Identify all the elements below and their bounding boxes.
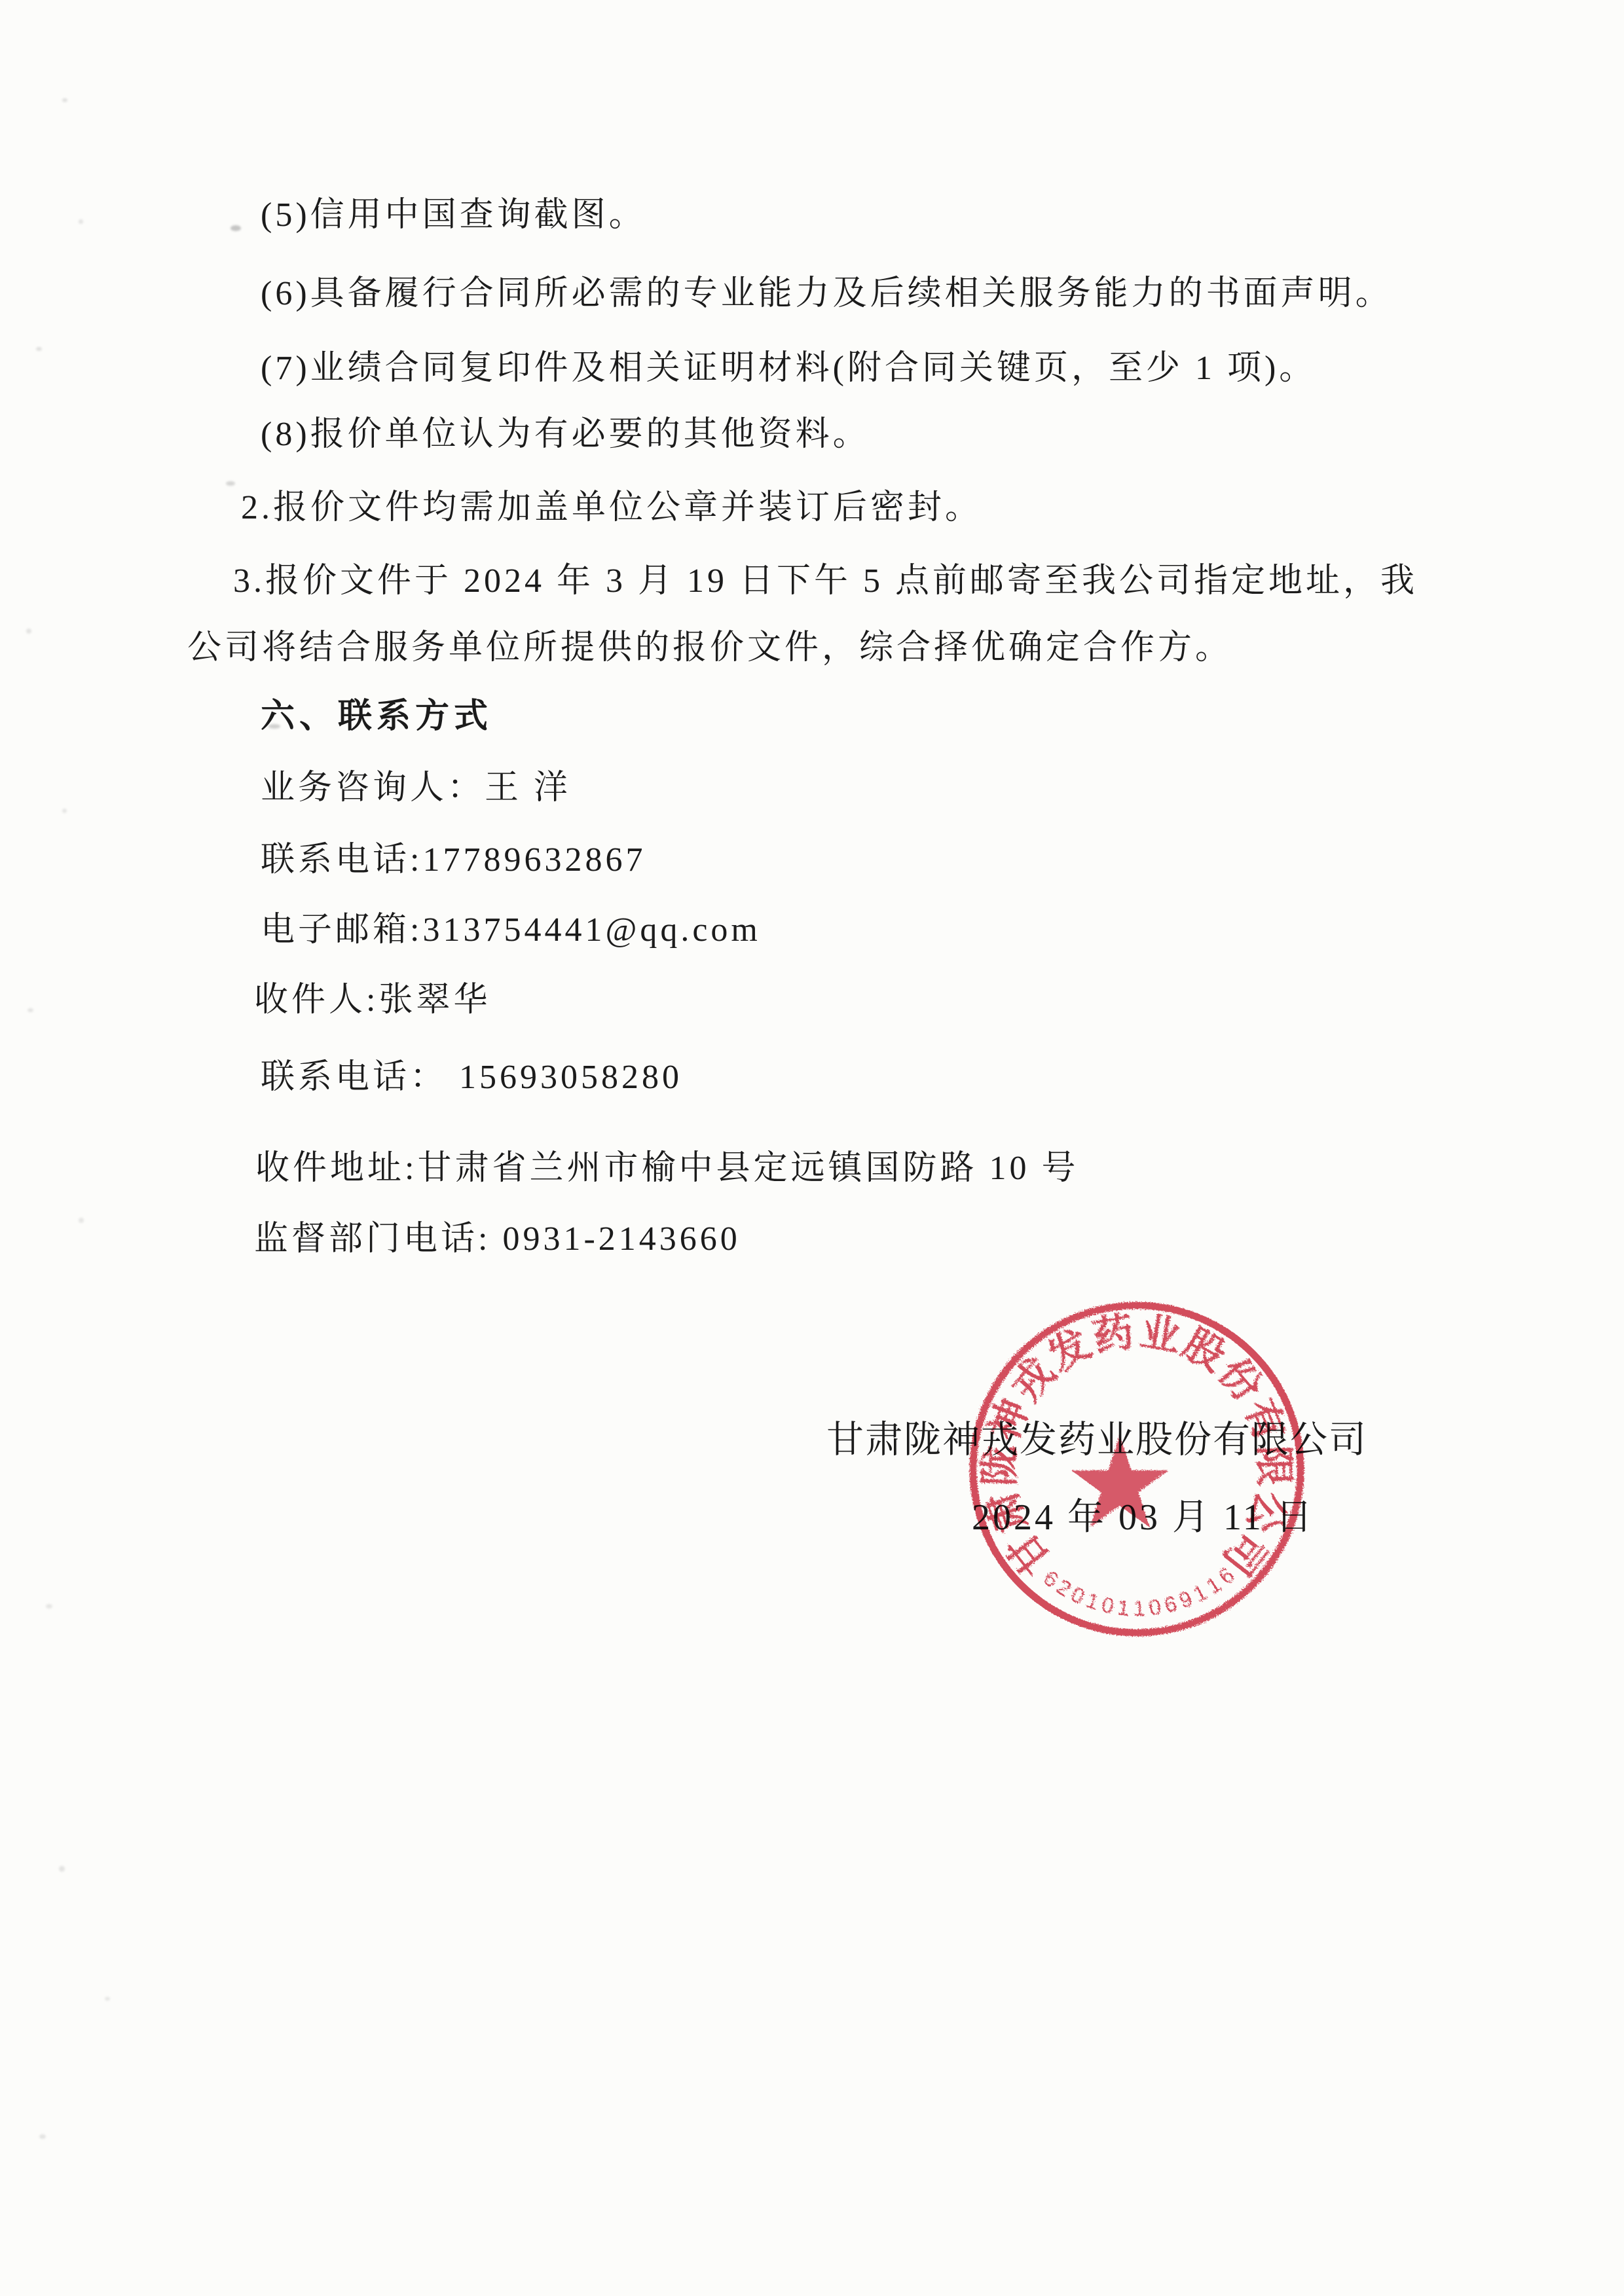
seal-code-digit: 6	[1162, 1591, 1179, 1617]
seal-ring-char: 限	[1250, 1445, 1295, 1487]
list-item-7: (7)业绩合同复印件及相关证明材料(附合同关键页，至少 1 项)。	[261, 340, 1316, 389]
scan-noise-speck	[79, 1218, 84, 1223]
seal-code-digit: 0	[1147, 1594, 1162, 1620]
contact-email: 电子邮箱:313754441@qq.com	[261, 902, 761, 951]
contact-recipient: 收件人:张翠华	[254, 972, 490, 1021]
scan-noise-speck	[226, 481, 235, 486]
scan-noise-speck	[62, 809, 67, 813]
contact-supervision-phone: 监督部门电话: 0931-2143660	[254, 1211, 741, 1260]
scan-noise-speck	[79, 219, 83, 224]
seal-star-icon	[1071, 1435, 1168, 1527]
scan-noise-speck	[59, 1866, 65, 1872]
seal-ring-char: 业	[1136, 1309, 1184, 1360]
scanned-page: (5)信用中国查询截图。 (6)具备履行合同所必需的专业能力及后续相关服务能力的…	[0, 0, 1624, 2296]
scan-noise-speck	[231, 225, 241, 231]
contact-phone-2: 联系电话： 15693058280	[261, 1049, 682, 1098]
list-item-3-line1: 3.报价文件于 2024 年 3 月 19 日下午 5 点前邮寄至我公司指定地址…	[233, 553, 1418, 602]
seal-code-digit: 1	[1133, 1596, 1145, 1620]
list-item-6: (6)具备履行合同所必需的专业能力及后续相关服务能力的书面声明。	[261, 265, 1393, 314]
list-item-3-line2: 公司将结合服务单位所提供的报价文件，综合择优确定合作方。	[187, 619, 1232, 668]
scan-noise-speck	[46, 1604, 52, 1609]
scan-noise-speck	[28, 1008, 33, 1012]
scan-noise-speck	[268, 724, 280, 729]
scan-noise-speck	[62, 98, 67, 102]
company-seal-stamp: 甘肃陇神戎发药业股份有限公司6201011069116	[953, 1286, 1320, 1652]
section-heading-contact: 六、联系方式	[261, 688, 492, 737]
scan-noise-speck	[105, 1997, 110, 2001]
seal-code-digit: 1	[1116, 1595, 1131, 1620]
scan-noise-speck	[26, 629, 31, 634]
contact-phone-1: 联系电话:17789632867	[261, 831, 646, 881]
seal-code-digit: 0	[1099, 1592, 1116, 1618]
seal-ring-char: 陇	[978, 1445, 1023, 1487]
contact-consultant: 业务咨询人：王 洋	[261, 759, 571, 809]
scan-noise-speck	[36, 347, 42, 351]
scan-noise-speck	[39, 2134, 46, 2139]
list-item-5: (5)信用中国查询截图。	[261, 187, 646, 236]
seal-ring-char: 药	[1090, 1309, 1137, 1360]
list-item-2: 2.报价文件均需加盖单位公章并装订后密封。	[241, 479, 982, 528]
contact-address: 收件地址:甘肃省兰州市榆中县定远镇国防路 10 号	[255, 1140, 1079, 1189]
list-item-8: (8)报价单位认为有必要的其他资料。	[261, 406, 870, 455]
